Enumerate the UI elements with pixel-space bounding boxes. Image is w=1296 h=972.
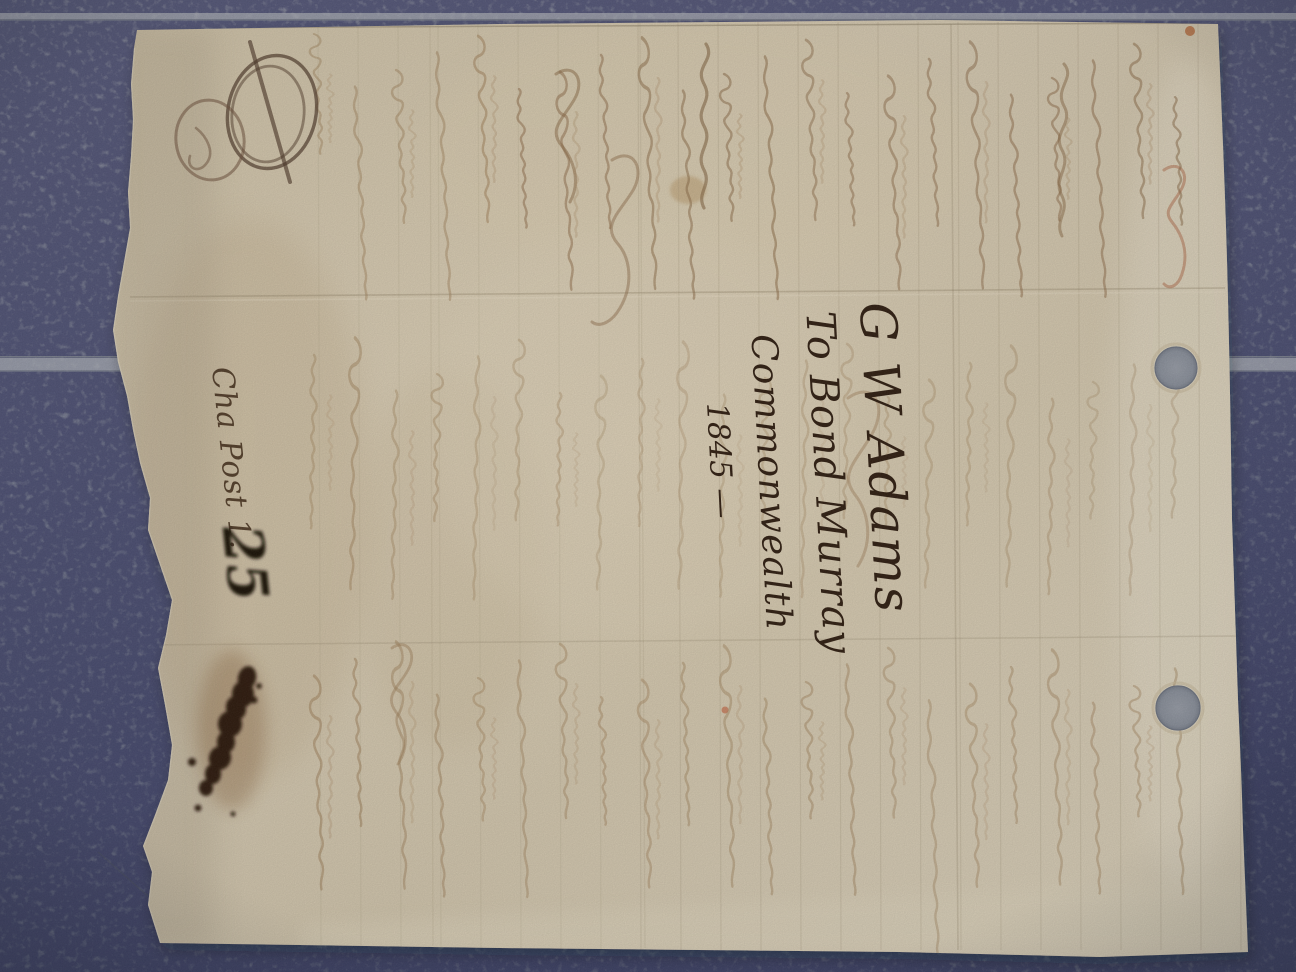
letter-photo-svg: Cha Post 1. 25 bbox=[0, 0, 1296, 972]
vignette bbox=[0, 0, 1296, 972]
photo-of-letter: Cha Post 1. 25 bbox=[0, 0, 1296, 972]
photo-grain bbox=[0, 0, 1296, 972]
